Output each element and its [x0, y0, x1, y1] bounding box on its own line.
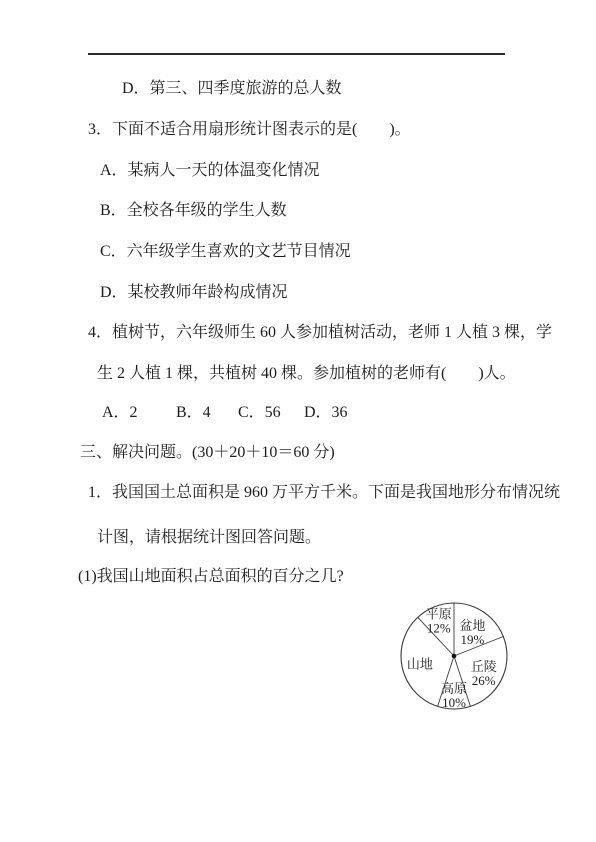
s3q1-stem-line1: 1．我国国土总面积是 960 万平方千米。下面是我国地形分布情况统	[88, 483, 560, 503]
q4-option-a: A．2	[102, 403, 138, 423]
s3q1-sub-question1: (1)我国山地面积占总面积的百分之几?	[78, 567, 344, 587]
worksheet-page: D．第三、四季度旅游的总人数 3．下面不适合用扇形统计图表示的是( )。 A．某…	[0, 0, 596, 842]
top-divider	[88, 53, 505, 55]
q3-option-a: A．某病人一天的体温变化情况	[100, 161, 320, 181]
q3-stem: 3．下面不适合用扇形统计图表示的是( )。	[88, 120, 411, 140]
q3-option-c: C．六年级学生喜欢的文艺节目情况	[100, 242, 351, 262]
q2-option-d: D．第三、四季度旅游的总人数	[122, 79, 342, 99]
pie-slice-percent: 19%	[461, 632, 485, 647]
pie-slice-label: 山地	[407, 657, 433, 672]
section3-heading: 三、解决问题。(30＋20＋10＝60 分)	[80, 443, 335, 463]
q3-option-b: B．全校各年级的学生人数	[100, 201, 287, 221]
q4-option-d: D．36	[304, 403, 348, 423]
pie-slice-percent: 26%	[472, 673, 496, 688]
q4-stem-line2: 生 2 人植 1 棵，共植树 40 棵。参加植树的老师有( )人。	[97, 364, 516, 384]
terrain-pie-chart: 盆地19%丘陵26%高原10%山地平原12%	[389, 591, 525, 727]
q3-option-d: D．某校教师年龄构成情况	[100, 283, 288, 303]
q4-option-b: B．4	[176, 403, 211, 423]
pie-slice-percent: 12%	[427, 621, 451, 636]
pie-slice-label: 丘陵	[471, 659, 497, 674]
pie-slice-label: 平原	[426, 607, 452, 622]
q4-stem-line1: 4．植树节，六年级师生 60 人参加植树活动，老师 1 人植 3 棵，学	[88, 323, 552, 343]
pie-slice-percent: 10%	[442, 695, 466, 710]
pie-slice-label: 盆地	[459, 618, 485, 633]
s3q1-stem-line2: 计图，请根据统计图回答问题。	[97, 528, 321, 548]
q4-option-c: C．56	[238, 403, 281, 423]
